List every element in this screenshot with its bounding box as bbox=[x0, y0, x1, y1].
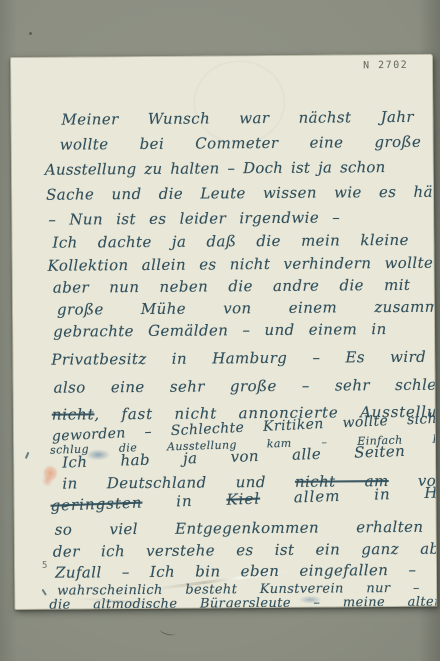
struck-text: Kiel bbox=[226, 490, 260, 509]
handwriting-line: große Mühe von einem zusammen bbox=[57, 296, 435, 321]
handwriting-text: große Mühe von einem zusammen bbox=[57, 297, 437, 318]
struck-text: nicht bbox=[52, 405, 95, 423]
handwriting-line: gebrachte Gemälden – und einem in bbox=[53, 318, 435, 343]
handwriting-line: aber nun neben die andre die mit bbox=[53, 274, 435, 299]
handwriting-text: Meiner Wunsch war nächst Jahr bbox=[61, 108, 414, 129]
handwriting-line: also eine sehr große – sehr schlecht bbox=[54, 374, 436, 399]
handwriting-line: Privatbesitz in Hamburg – Es wird bbox=[51, 346, 435, 371]
background-scratch bbox=[159, 626, 176, 638]
letter-page: N 2702 5 Meiner Wunsch war nächst Jahrwo… bbox=[10, 54, 437, 610]
handwriting-text: also eine sehr große – sehr schlecht bbox=[54, 375, 438, 396]
handwriting-line: wollte bei Commeter eine große bbox=[60, 131, 434, 156]
handwriting-line: die altmodische Bürgersleute – meine alt… bbox=[49, 592, 437, 610]
archive-number: N 2702 bbox=[363, 60, 408, 72]
ink-tick-mark bbox=[25, 452, 30, 459]
scanned-letter-scene: N 2702 5 Meiner Wunsch war nächst Jahrwo… bbox=[0, 0, 440, 661]
handwriting-line: Kollektion allein es nicht verhindern wo… bbox=[48, 252, 435, 277]
handwriting-text: – Nun ist es leider irgendwie – bbox=[48, 208, 340, 228]
handwriting-text: die altmodische Bürgersleute – meine alt… bbox=[49, 594, 437, 610]
handwriting-line: Ich dachte ja daß die mein kleine bbox=[52, 229, 434, 254]
handwriting-text: gebrachte Gemälden – und einem in bbox=[53, 320, 387, 341]
struck-text: geringsten bbox=[50, 494, 143, 515]
handwriting-text: Ich dachte ja daß die mein kleine bbox=[52, 231, 409, 252]
handwriting-line: Ausstellung zu halten – Doch ist ja scho… bbox=[45, 156, 434, 181]
handwriting-text: der ich verstehe es ist ein ganz absolut… bbox=[53, 539, 438, 560]
letter-body: Meiner Wunsch war nächst Jahrwollte bei … bbox=[41, 106, 437, 610]
handwriting-text: aber nun neben die andre die mit bbox=[53, 276, 411, 297]
handwriting-text: Kollektion allein es nicht verhindern wo… bbox=[48, 254, 434, 275]
background-speck bbox=[29, 32, 32, 35]
handwriting-text: Ausstellung zu halten – Doch ist ja scho… bbox=[45, 158, 386, 179]
handwriting-text: so viel Entgegenkommen erhalten bbox=[55, 518, 424, 539]
handwriting-line: – Nun ist es leider irgendwie – bbox=[48, 206, 434, 231]
handwriting-text: wollte bei Commeter eine große bbox=[60, 133, 422, 154]
handwriting-text: Sache und die Leute wissen wie es hängen… bbox=[46, 182, 437, 204]
handwriting-text: in bbox=[142, 491, 227, 512]
handwriting-line: Sache und die Leute wissen wie es hängen… bbox=[46, 181, 434, 206]
handwriting-line: Meiner Wunsch war nächst Jahr bbox=[61, 106, 433, 131]
handwriting-text: Privatbesitz in Hamburg – Es wird bbox=[51, 348, 426, 369]
handwriting-line: so viel Entgegenkommen erhalten bbox=[55, 516, 437, 541]
